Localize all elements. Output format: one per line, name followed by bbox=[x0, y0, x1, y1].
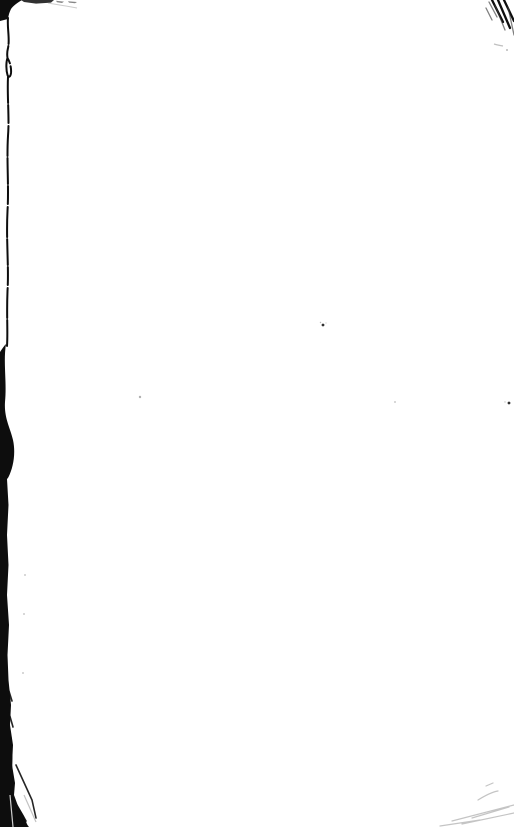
scanned-page bbox=[0, 0, 514, 827]
dust-speck-center bbox=[322, 324, 325, 327]
scan-artifacts-layer bbox=[0, 0, 514, 827]
dust-speck-left bbox=[139, 396, 141, 398]
dust-speck-right-edge bbox=[508, 402, 511, 405]
paper-background bbox=[0, 0, 514, 827]
fleck-top-right bbox=[506, 49, 508, 51]
